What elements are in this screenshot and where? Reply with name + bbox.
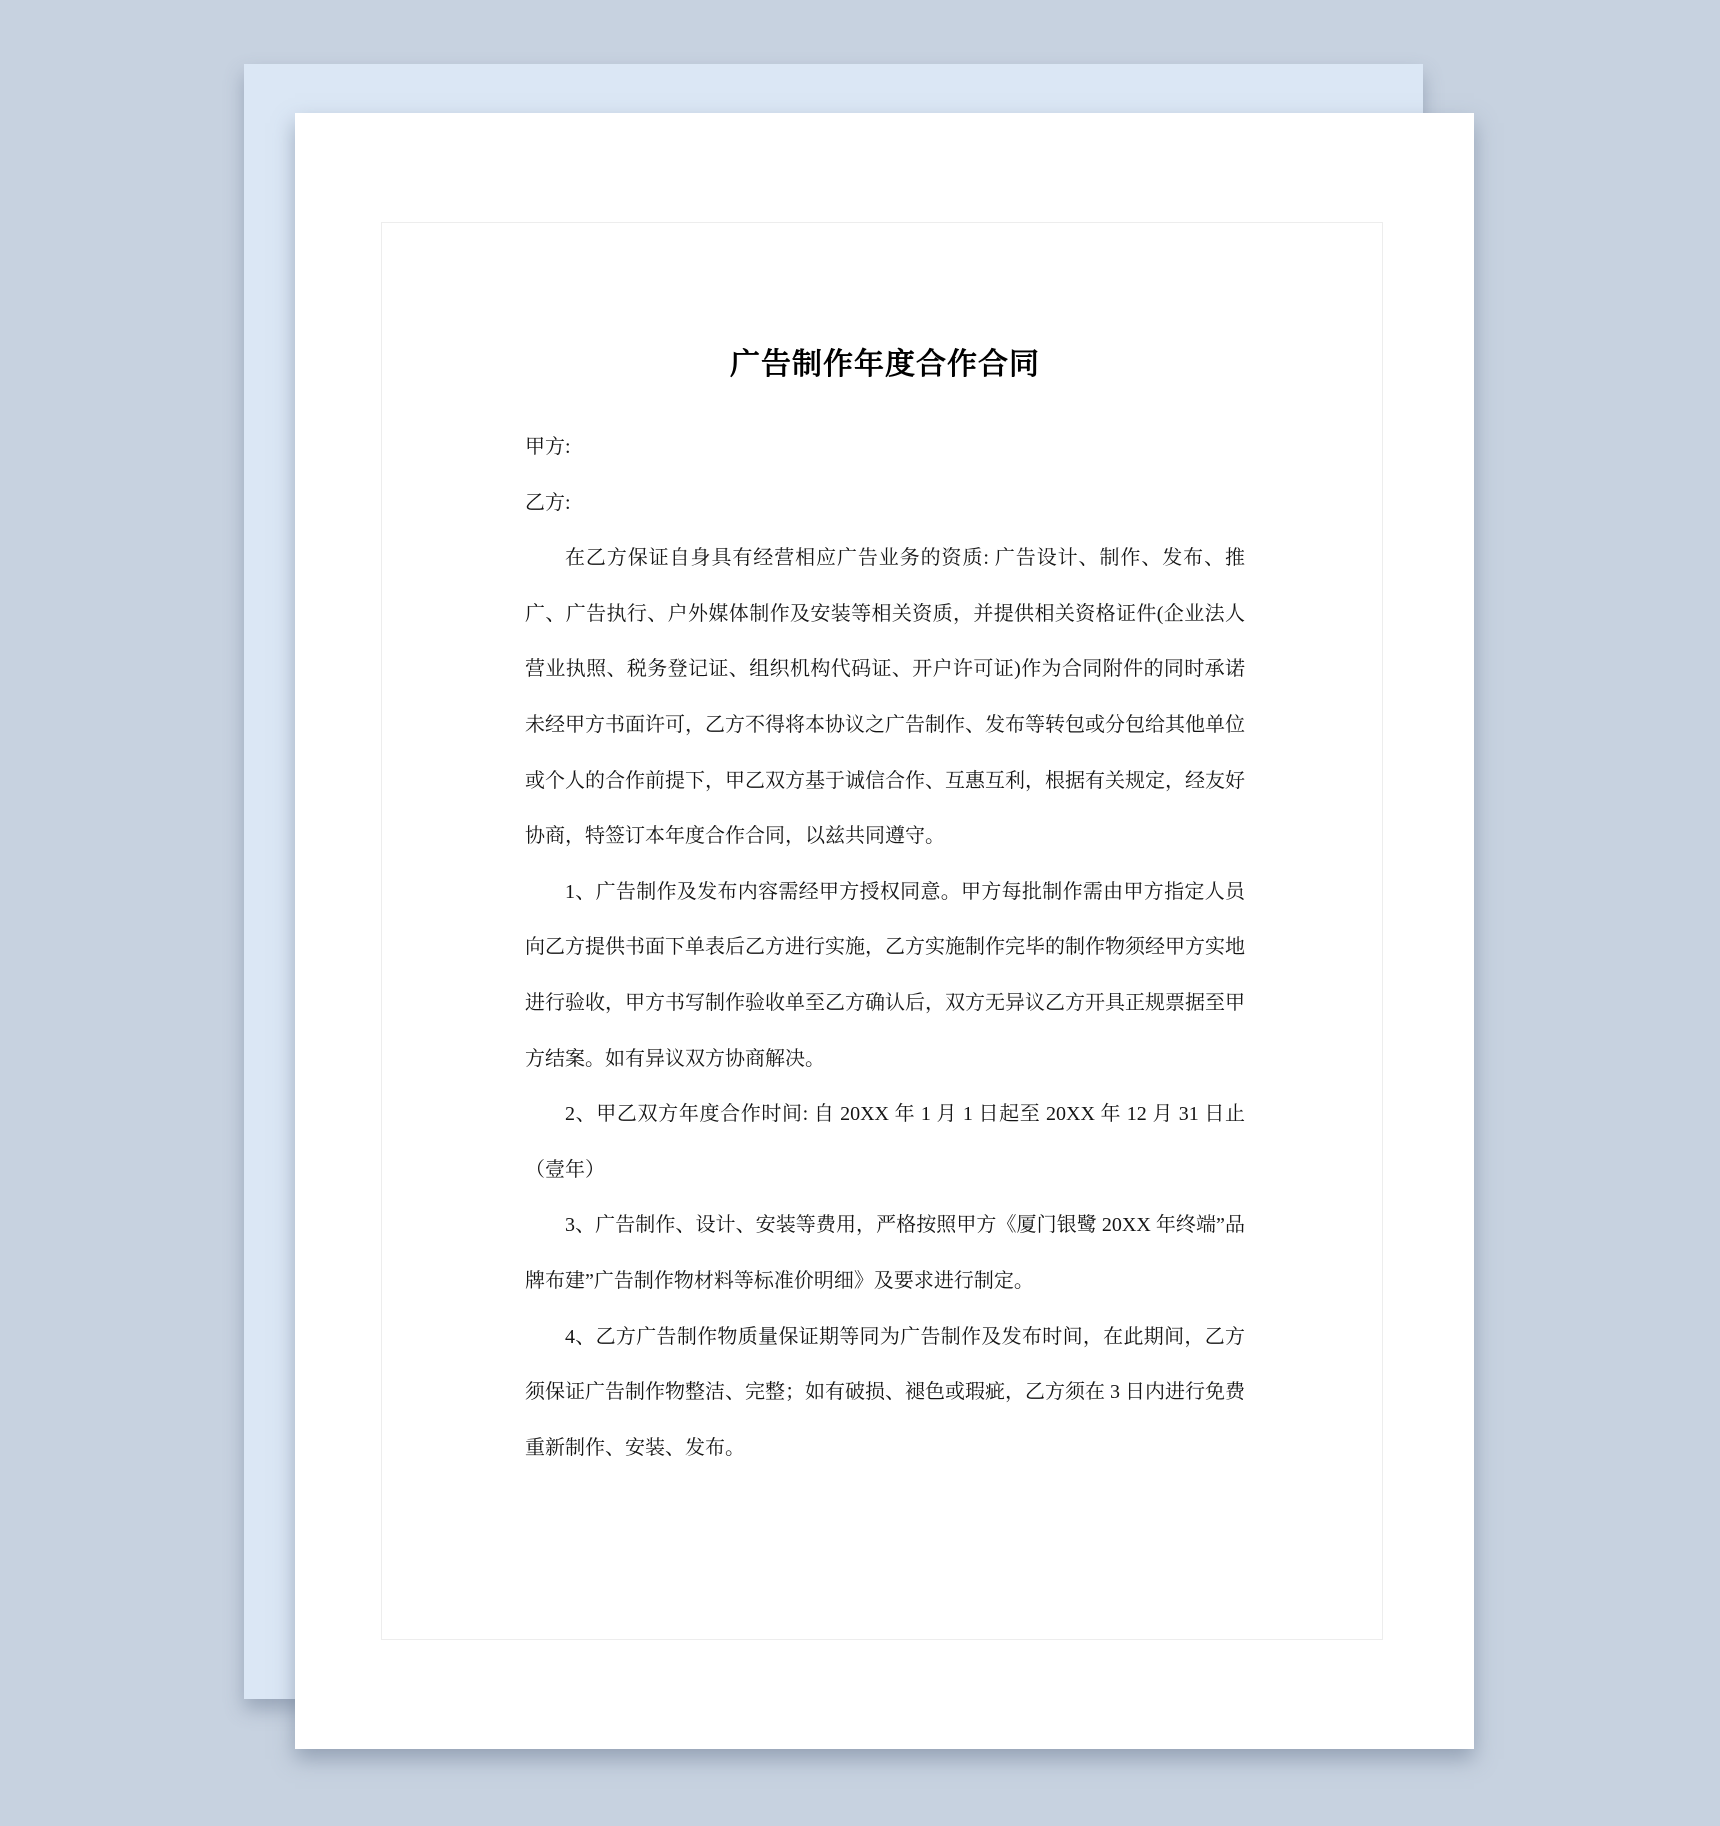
paragraph-clause-4: 4、乙方广告制作物质量保证期等同为广告制作及发布时间，在此期间，乙方须保证广告制… <box>525 1310 1245 1477</box>
paragraph-clause-2: 2、甲乙双方年度合作时间: 自 20XX 年 1 月 1 日起至 20XX 年 … <box>525 1087 1245 1198</box>
party-a-label: 甲方: <box>525 420 1245 476</box>
paragraph-clause-1: 1、广告制作及发布内容需经甲方授权同意。甲方每批制作需由甲方指定人员向乙方提供书… <box>525 865 1245 1087</box>
party-b-label: 乙方: <box>525 476 1245 532</box>
contract-title: 广告制作年度合作合同 <box>525 345 1245 385</box>
contract-body: 甲方: 乙方: 在乙方保证自身具有经营相应广告业务的资质: 广告设计、制作、发布… <box>525 420 1245 1476</box>
contract-page: 广告制作年度合作合同 甲方: 乙方: 在乙方保证自身具有经营相应广告业务的资质:… <box>295 113 1474 1749</box>
desktop-background: { "page": { "background_color": "#c7d2e0… <box>0 0 1720 1826</box>
paragraph-preamble: 在乙方保证自身具有经营相应广告业务的资质: 广告设计、制作、发布、推广、广告执行… <box>525 531 1245 865</box>
paragraph-clause-3: 3、广告制作、设计、安装等费用，严格按照甲方《厦门银鹭 20XX 年终端”品牌布… <box>525 1198 1245 1309</box>
